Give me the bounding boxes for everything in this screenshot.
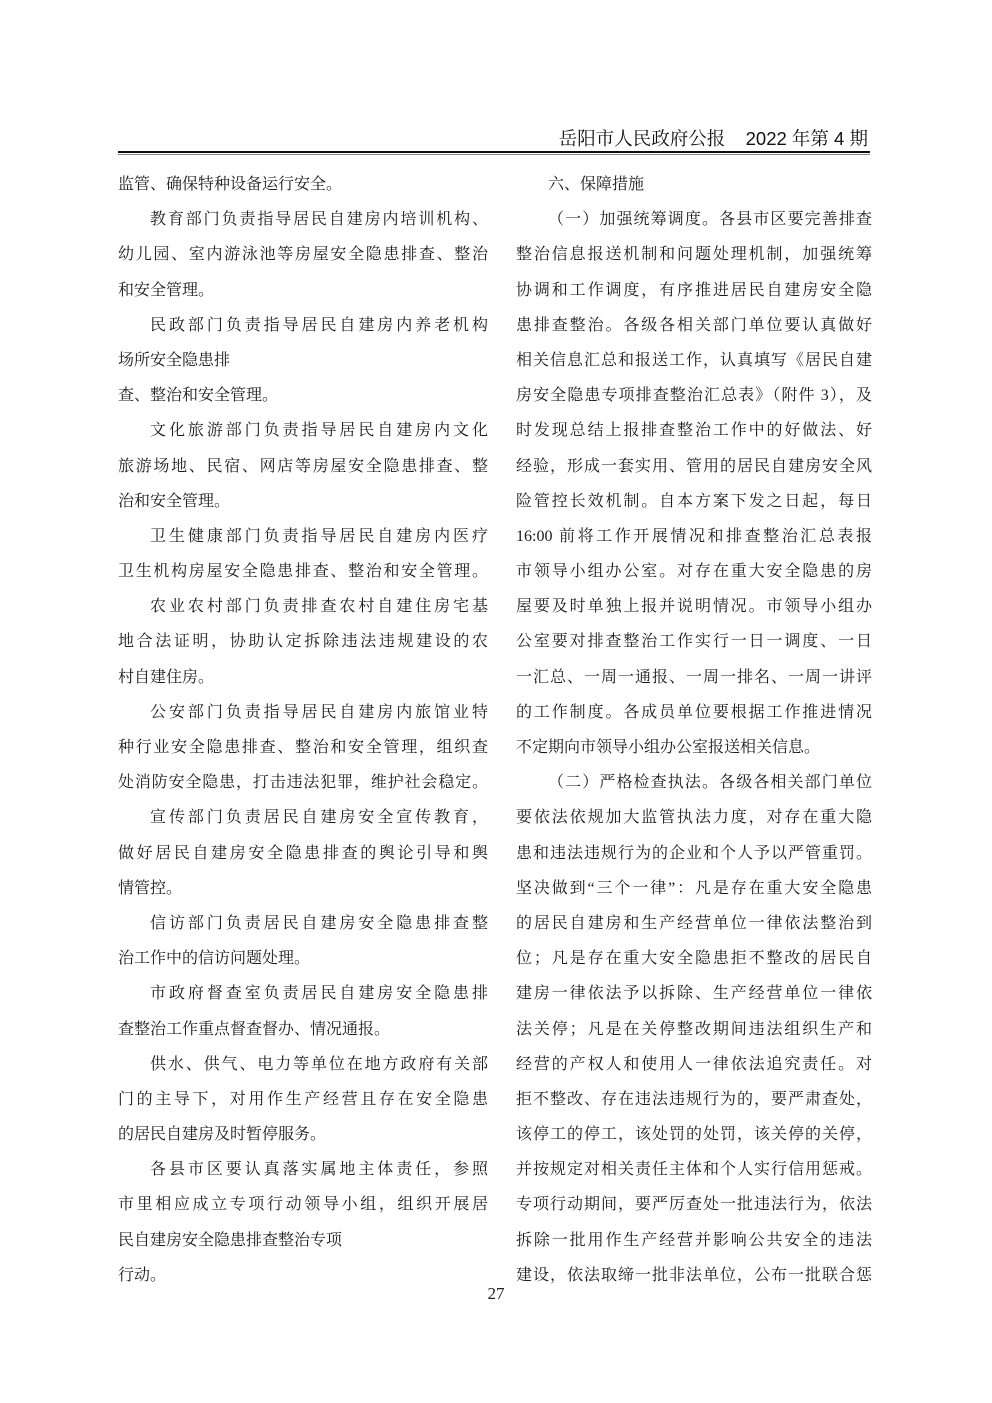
- text-line: 法关停；凡是在关停整改期间违法组织生产和: [516, 1012, 872, 1047]
- text-line: 文化旅游部门负责指导居民自建房内文化: [118, 413, 488, 448]
- text-line: 的工作制度。各成员单位要根据工作推进情况: [516, 695, 872, 730]
- text-line: 市里相应成立专项行动领导小组，组织开展居: [118, 1187, 488, 1222]
- text-line: 教育部门负责指导居民自建房内培训机构、: [118, 202, 488, 237]
- text-line: 建房一律依法予以拆除、生产经营单位一律依: [516, 976, 872, 1011]
- text-line: 经验，形成一套实用、管用的居民自建房安全风: [516, 449, 872, 484]
- text-line: 供水、供气、电力等单位在地方政府有关部: [118, 1047, 488, 1082]
- left-column: 监管、确保特种设备运行安全。教育部门负责指导居民自建房内培训机构、幼儿园、室内游…: [118, 167, 488, 1293]
- text-line: 专项行动期间，要严厉查处一批违法行为，依法: [516, 1187, 872, 1222]
- text-line: 并按规定对相关责任主体和个人实行信用惩戒。: [516, 1152, 872, 1187]
- text-line: 监管、确保特种设备运行安全。: [118, 167, 488, 202]
- page-header: 岳阳市人民政府公报2022 年第 4 期: [559, 127, 868, 150]
- text-line: 的居民自建房和生产经营单位一律依法整治到: [516, 906, 872, 941]
- text-line: 卫生健康部门负责指导居民自建房内医疗: [118, 519, 488, 554]
- text-line: 整治信息报送机制和问题处理机制，加强统筹: [516, 237, 872, 272]
- text-line: 时发现总结上报排查整治工作中的好做法、好: [516, 413, 872, 448]
- text-line: 拒不整改、存在违法违规行为的，要严肃查处，: [516, 1082, 872, 1117]
- text-line: 市政府督查室负责居民自建房安全隐患排: [118, 976, 488, 1011]
- body-columns: 监管、确保特种设备运行安全。教育部门负责指导居民自建房内培训机构、幼儿园、室内游…: [118, 167, 872, 1293]
- text-line: 不定期向市领导小组办公室报送相关信息。: [516, 730, 872, 765]
- text-line: 患排查整治。各级各相关部门单位要认真做好: [516, 308, 872, 343]
- text-line: 房安全隐患专项排查整治汇总表》（附件 3），及: [516, 378, 872, 413]
- text-line: 要依法依规加大监管执法力度，对存在重大隐: [516, 800, 872, 835]
- text-line: 地合法证明，协助认定拆除违法违规建设的农: [118, 624, 488, 659]
- text-line: 旅游场地、民宿、网店等房屋安全隐患排查、整: [118, 449, 488, 484]
- gazette-page: 岳阳市人民政府公报2022 年第 4 期 监管、确保特种设备运行安全。教育部门负…: [0, 0, 992, 1403]
- text-line: 门的主导下，对用作生产经营且存在安全隐患: [118, 1082, 488, 1117]
- section-heading: 六、保障措施: [516, 167, 872, 202]
- text-line: 宣传部门负责居民自建房安全宣传教育，: [118, 800, 488, 835]
- text-line: 险管控长效机制。自本方案下发之日起，每日: [516, 484, 872, 519]
- text-line: 民自建房安全隐患排查整治专项: [118, 1223, 488, 1258]
- text-line: 治工作中的信访问题处理。: [118, 941, 488, 976]
- text-line: 一汇总、一周一通报、一周一排名、一周一讲评: [516, 660, 872, 695]
- text-line: 16:00 前将工作开展情况和排查整治汇总表报: [516, 519, 872, 554]
- page-number: 27: [0, 1283, 992, 1305]
- text-line: 市领导小组办公室。对存在重大安全隐患的房: [516, 554, 872, 589]
- text-line: （一）加强统筹调度。各县市区要完善排查: [516, 202, 872, 237]
- text-line: 民政部门负责指导居民自建房内养老机构: [118, 308, 488, 343]
- text-line: 查、整治和安全管理。: [118, 378, 488, 413]
- text-line: 拆除一批用作生产经营并影响公共安全的违法: [516, 1223, 872, 1258]
- text-line: 屋要及时单独上报并说明情况。市领导小组办: [516, 589, 872, 624]
- text-line: 患和违法违规行为的企业和个人予以严管重罚。: [516, 836, 872, 871]
- right-column: 六、保障措施（一）加强统筹调度。各县市区要完善排查整治信息报送机制和问题处理机制…: [516, 167, 872, 1293]
- text-line: 场所安全隐患排: [118, 343, 488, 378]
- text-line: （二）严格检查执法。各级各相关部门单位: [516, 765, 872, 800]
- text-line: 村自建住房。: [118, 660, 488, 695]
- header-rule: [118, 151, 870, 155]
- text-line: 公室要对排查整治工作实行一日一调度、一日: [516, 624, 872, 659]
- text-line: 位；凡是存在重大安全隐患拒不整改的居民自: [516, 941, 872, 976]
- text-line: 种行业安全隐患排查、整治和安全管理，组织查: [118, 730, 488, 765]
- text-line: 和安全管理。: [118, 273, 488, 308]
- text-line: 的居民自建房及时暂停服务。: [118, 1117, 488, 1152]
- text-line: 情管控。: [118, 871, 488, 906]
- text-line: 农业农村部门负责排查农村自建住房宅基: [118, 589, 488, 624]
- text-line: 卫生机构房屋安全隐患排查、整治和安全管理。: [118, 554, 488, 589]
- text-line: 公安部门负责指导居民自建房内旅馆业特: [118, 695, 488, 730]
- text-line: 处消防安全隐患，打击违法犯罪，维护社会稳定。: [118, 765, 488, 800]
- gazette-title: 岳阳市人民政府公报: [559, 128, 726, 149]
- text-line: 各县市区要认真落实属地主体责任，参照: [118, 1152, 488, 1187]
- text-line: 相关信息汇总和报送工作，认真填写《居民自建: [516, 343, 872, 378]
- text-line: 查整治工作重点督查督办、情况通报。: [118, 1012, 488, 1047]
- text-line: 做好居民自建房安全隐患排查的舆论引导和舆: [118, 836, 488, 871]
- text-line: 协调和工作调度，有序推进居民自建房安全隐: [516, 273, 872, 308]
- text-line: 治和安全管理。: [118, 484, 488, 519]
- text-line: 幼儿园、室内游泳池等房屋安全隐患排查、整治: [118, 237, 488, 272]
- text-line: 经营的产权人和使用人一律依法追究责任。对: [516, 1047, 872, 1082]
- text-line: 坚决做到“三个一律”：凡是存在重大安全隐患: [516, 871, 872, 906]
- text-line: 该停工的停工，该处罚的处罚，该关停的关停，: [516, 1117, 872, 1152]
- issue-label: 2022 年第 4 期: [746, 128, 868, 149]
- text-line: 信访部门负责居民自建房安全隐患排查整: [118, 906, 488, 941]
